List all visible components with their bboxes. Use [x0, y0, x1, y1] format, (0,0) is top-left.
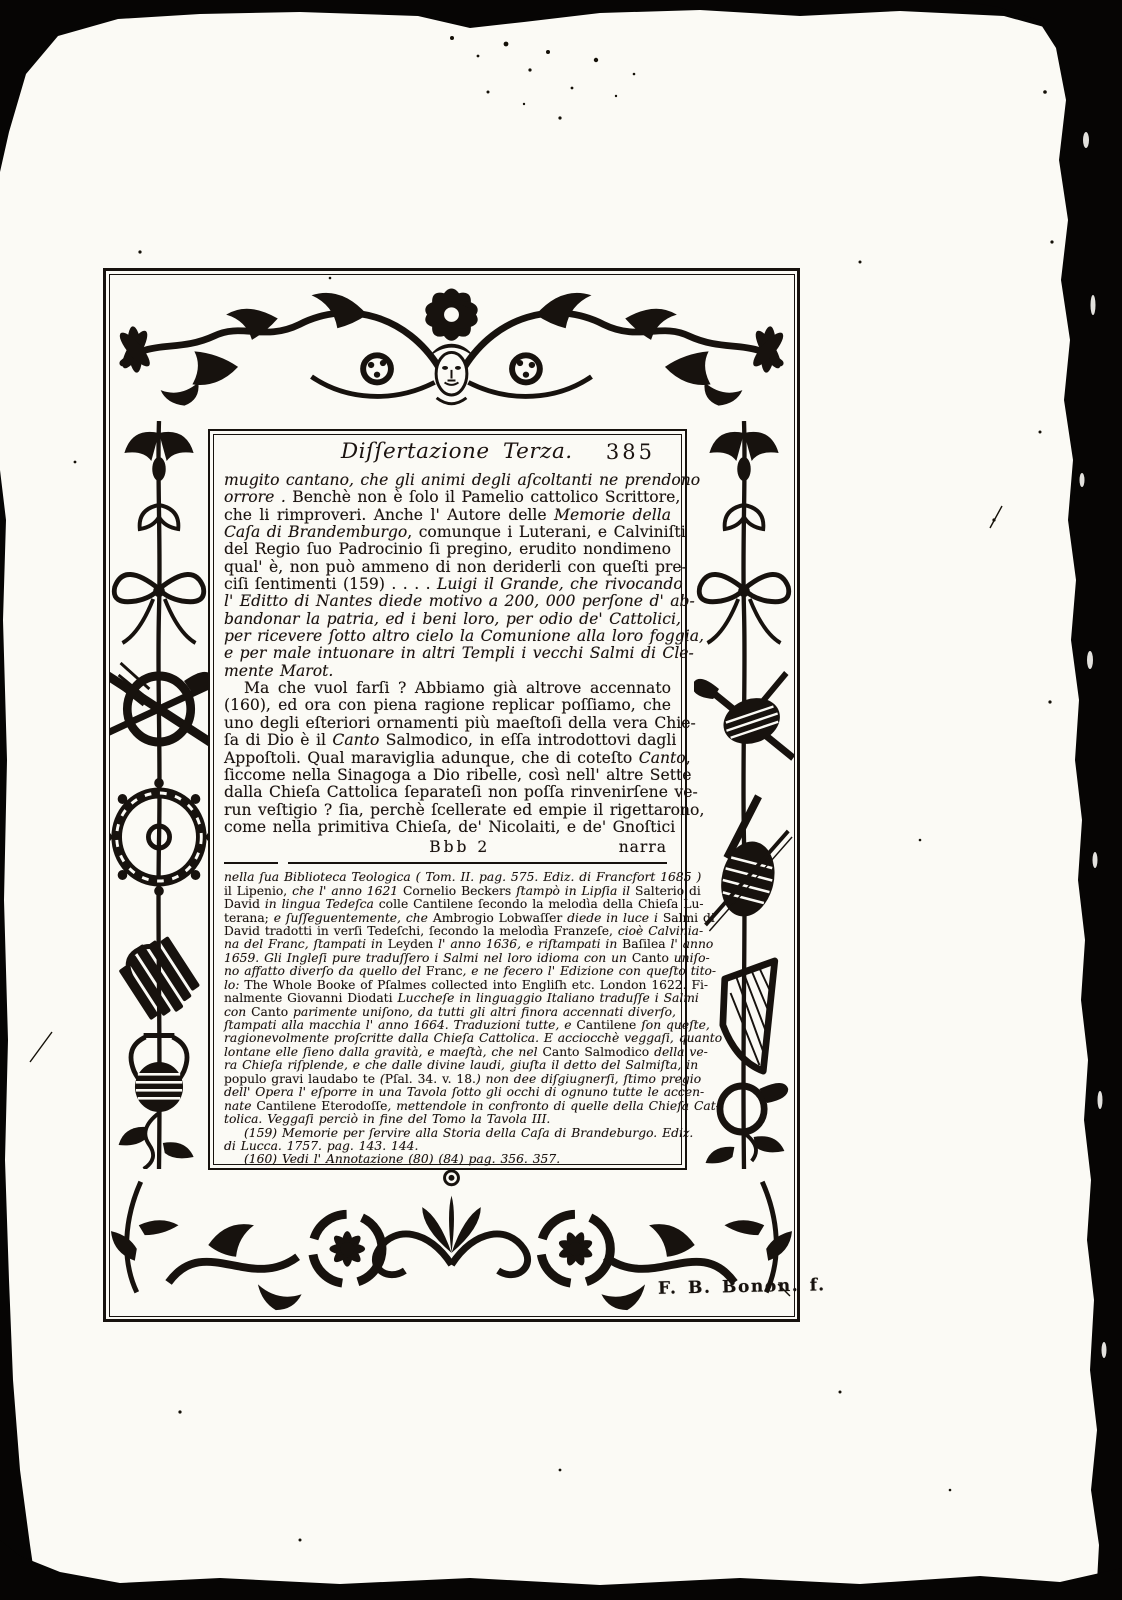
- engraver-signature: F. B. Bonon. f.: [658, 1275, 826, 1299]
- body-text-line: del Regio ſuo Padrocinio ſi pregino, eru…: [224, 541, 671, 558]
- catchword-row: Bbb 2 narra: [224, 838, 671, 856]
- body-text-line: per ricevere ſotto altro cielo la Comuni…: [224, 628, 671, 645]
- footnote-line: tolica. Veggaſi perciò in fine del Tomo …: [224, 1113, 671, 1126]
- body-text-line: dalla Chieſa Cattolica ſeparateſi non po…: [224, 784, 671, 801]
- footnote-rule-segment: [224, 862, 278, 864]
- footnote-rule: [224, 862, 671, 864]
- catchword: narra: [619, 838, 667, 856]
- body-text: mugito cantano, che gli animi degli aſco…: [224, 472, 671, 836]
- body-text-line: l' Editto di Nantes diede motivo a 200, …: [224, 593, 671, 610]
- inner-text-frame: Diſſertazione Terza. 385 mugito cantano,…: [208, 429, 687, 1170]
- footnote-line: David in lingua Tedeſca colle Cantilene …: [224, 898, 671, 911]
- page-title: Diſſertazione Terza.: [341, 439, 573, 464]
- viol-and-bow-icon: [706, 794, 793, 931]
- footnote-line: di Lucca. 1757. pag. 143. 144.: [224, 1140, 671, 1153]
- hunting-horn-icon: [109, 663, 209, 753]
- harp-icon: [723, 961, 775, 1071]
- right-trophy-ornament: [694, 421, 794, 1169]
- footnote-line: terana; e ſuſſeguentemente, che Ambrogio…: [224, 912, 671, 925]
- scan-edge-bottom: [0, 1540, 1122, 1600]
- rosette-flower-icon: [541, 1214, 610, 1283]
- running-head: Diſſertazione Terza. 385: [224, 436, 671, 470]
- footnote-line: ragionevolmente proſcritte dalla Chieſa …: [224, 1032, 671, 1045]
- body-text-line: ciſi ſentimenti (159) . . . . Luigi il G…: [224, 576, 671, 593]
- footnote-line: (160) Vedi l' Annotazione (80) (84) pag.…: [224, 1153, 671, 1166]
- engraved-border-plate: Diſſertazione Terza. 385 mugito cantano,…: [103, 268, 800, 1322]
- body-text-line: come nella primitiva Chieſa, de' Nicolai…: [224, 819, 671, 836]
- body-text-line: qual' è, non può ammeno di non deriderli…: [224, 559, 671, 576]
- body-text-line: Caſa di Brandemburgo, comunque i Luteran…: [224, 524, 671, 541]
- center-palmette-icon: [375, 1171, 527, 1275]
- body-text-line: uno degli eſteriori ornamenti più maeſto…: [224, 715, 671, 732]
- footnote-line: nalmente Giovanni Diodati Luccheſe in li…: [224, 992, 671, 1005]
- footnote-line: (159) Memorie per ſervire alla Storia de…: [224, 1127, 671, 1140]
- footnotes-block: nella ſua Biblioteca Teologica ( Tom. II…: [224, 871, 671, 1167]
- footnote-line: con Canto parimente uniſono, da tutti gl…: [224, 1006, 671, 1019]
- body-text-line: Ma che vuol farſi ? Abbiamo già altrove …: [224, 680, 671, 697]
- body-text-line: orrore . Benchè non è ſolo il Pamelio ca…: [224, 489, 671, 506]
- footnote-line: no affatto diverſo da quello del Franc, …: [224, 965, 671, 978]
- body-text-line: bandonar la patria, ed i beni loro, per …: [224, 611, 671, 628]
- footnote-rule-segment: [288, 862, 667, 864]
- rosette-flower-icon: [313, 1214, 382, 1283]
- body-text-line: mente Marot.: [224, 663, 671, 680]
- scan-edge-left: [0, 470, 38, 1600]
- body-text-line: mugito cantano, che gli animi degli aſco…: [224, 472, 671, 489]
- scanned-book-page: { "document": { "kind": "18th-century pr…: [0, 0, 1122, 1600]
- footnote-line: nella ſua Biblioteca Teologica ( Tom. II…: [224, 871, 671, 884]
- page-number: 385: [606, 440, 655, 464]
- mask-face-icon: [429, 344, 475, 404]
- footnote-line: lo: The Whole Booke of Pſalmes collected…: [224, 979, 671, 992]
- flower-vine-icon: [119, 1113, 194, 1169]
- body-text-line: ſa di Dio è il Canto Salmodico, in eſſa …: [224, 732, 671, 749]
- body-text-line: e per male intuonare in altri Templi i v…: [224, 645, 671, 662]
- footnote-line: lontane elle ſieno dalla gravità, e maeſ…: [224, 1046, 671, 1059]
- left-trophy-ornament: [109, 421, 209, 1169]
- footnote-line: ra Chieſa riſplende, e che dalle divine …: [224, 1059, 671, 1072]
- body-text-line: run veſtigio ? ſia, perchè ſcellerate ed…: [224, 802, 671, 819]
- body-text-line: ſiccome nella Sinagoga a Dio ribelle, co…: [224, 767, 671, 784]
- footnote-line: David tradotti in verſi Tedeſchi, ſecond…: [224, 925, 671, 938]
- body-text-line: (160), ed ora con piena ragione replicar…: [224, 697, 671, 714]
- footnote-line: na del Franc, ſtampati in Leyden l' anno…: [224, 938, 671, 951]
- scan-edge-right: [956, 0, 1122, 1600]
- gathering-signature-mark: Bbb 2: [429, 838, 490, 856]
- top-cartouche-ornament: [109, 274, 794, 425]
- scan-edge-top: [0, 0, 1122, 172]
- hunting-horn-icon: [720, 1083, 788, 1132]
- text-column: Diſſertazione Terza. 385 mugito cantano,…: [224, 436, 671, 1166]
- body-text-line: che li rimproveri. Anche l' Autore delle…: [224, 507, 671, 524]
- footnote-line: populo gravi laudabo te (Pſal. 34. v. 18…: [224, 1073, 671, 1086]
- footnote-line: 1659. Gli Ingleſi pure traduſſero i Salm…: [224, 952, 671, 965]
- footnote-line: dell' Opera l' eſporre in una Tavola ſot…: [224, 1086, 671, 1099]
- body-text-line: Appoſtoli. Qual maraviglia adunque, che …: [224, 750, 671, 767]
- flower-crown-icon: [422, 286, 480, 343]
